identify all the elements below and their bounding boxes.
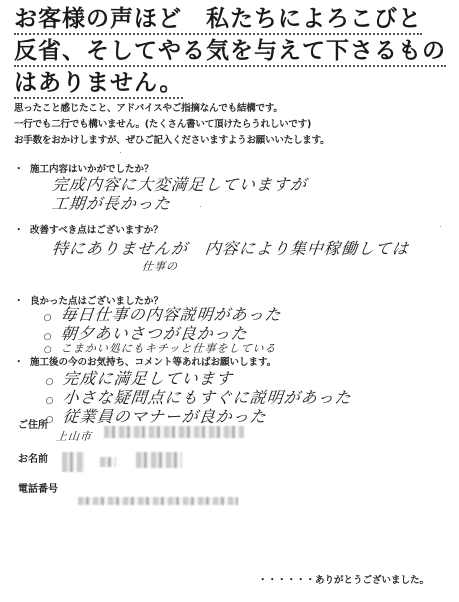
handwritten-answer: 特にありませんが 内容により集中稼働しては [51,236,410,259]
thanks-message: ・・・・・・ありがとうございました。 [258,572,429,586]
intro-line-2: 一行でも二行でも構いません。(たくさん書いて頂けたらうれしいです) [14,116,311,130]
handwritten-answer: ○従業員のマナーが良かった [45,404,268,427]
bullet-icon: ・ [14,161,30,175]
name-redacted [136,452,182,468]
phone-label: 電話番号 [18,480,58,495]
scan-speck [441,48,442,49]
address-label: ご住所 [18,416,48,431]
handwritten-insertion: 仕事の [141,258,179,274]
intro-line-1: 思ったこと感じたこと、アドバイスやご指摘なんでも結構です。 [14,100,283,114]
question-improvements: ・改善すべき点はございますか？ [14,222,163,236]
bullet-icon: ・ [14,222,30,236]
bullet-icon: ・ [14,354,30,368]
question-label: 改善すべき点はございますか？ [30,225,163,236]
title-line-2: 反省、そしてやる気を与えて下さるもの [14,38,446,67]
title-line-3: はありません。 [14,70,183,99]
name-redacted [62,452,84,472]
address-redacted [104,426,244,438]
phone-redacted [78,497,238,505]
name-label: お名前 [18,450,48,465]
scan-speck [200,206,201,207]
intro-line-3: お手数をおかけしますが、ぜひご記入くださいますようお願いいたします。 [14,132,329,146]
handwritten-answer: 工期が長かった [51,191,172,214]
scan-speck [440,226,441,227]
scan-speck [120,152,121,153]
title-line-1: お客様の声ほど 私たちによろこびと [14,6,422,35]
address-city-handwritten: 上山市 [55,428,93,444]
name-redacted [100,457,116,467]
bullet-icon: ・ [14,293,30,307]
